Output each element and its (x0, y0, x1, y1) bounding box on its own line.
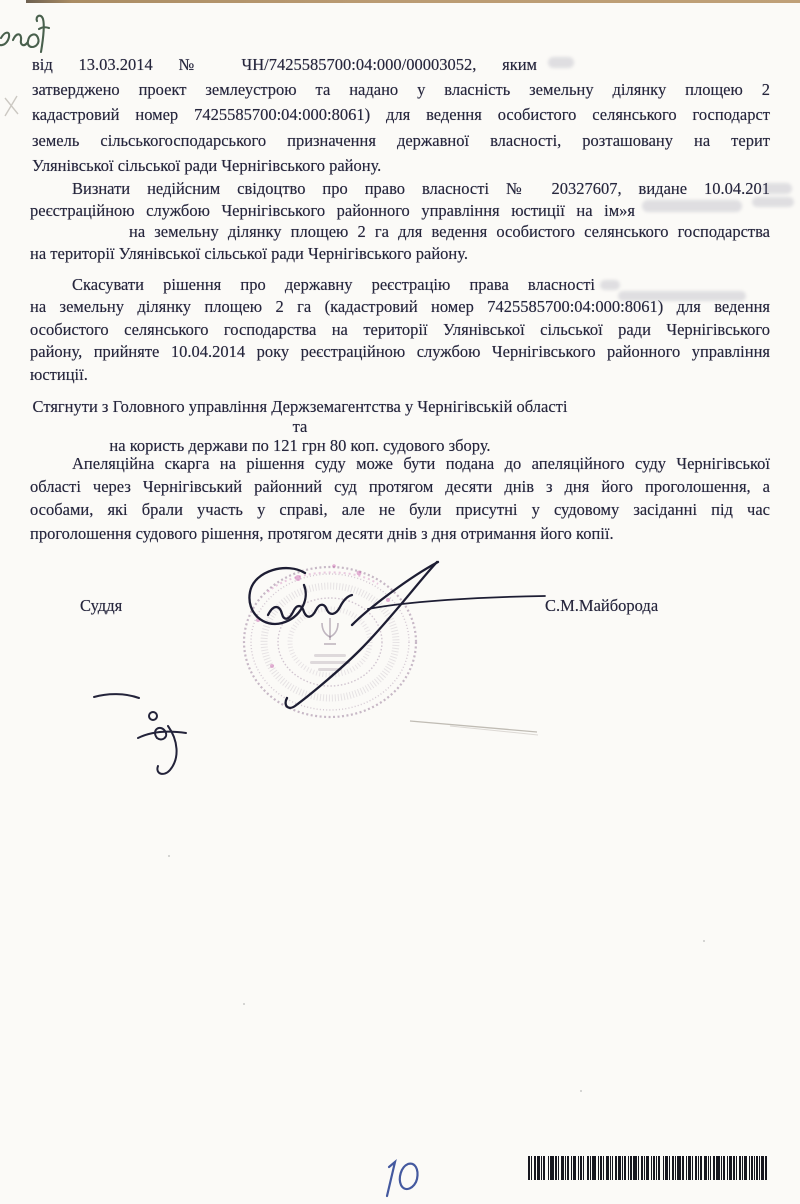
judge-signature-ink (230, 550, 560, 720)
barcode-bar (765, 1156, 767, 1180)
redaction-smudge (642, 200, 742, 212)
handwritten-annotation-top-left (0, 8, 54, 56)
handwritten-annotation-flourish (85, 688, 195, 783)
text-line: особами, які брали участь у справі, але … (30, 498, 770, 521)
redaction-smudge (752, 197, 794, 207)
scan-speck (703, 940, 705, 942)
text-line: кадастровий номер 7425585700:04:000:8061… (32, 102, 770, 127)
text-line: юстиції. (30, 364, 770, 386)
text-line: земель сільськогосподарського призначенн… (32, 128, 770, 153)
text-line: району, прийняте 10.04.2014 року реєстра… (30, 341, 770, 363)
text-line: на території Улянівської сільської ради … (30, 243, 770, 265)
judge-name: С.М.Майборода (545, 596, 658, 616)
barcode (528, 1156, 768, 1180)
redaction-smudge (618, 291, 746, 301)
pencil-line (405, 714, 550, 740)
text-line: від 13.03.2014 № ЧН/7425585700:04:000/00… (32, 52, 537, 77)
text-line: особистого селянського господарства на т… (30, 319, 770, 341)
redaction-smudge (762, 183, 792, 194)
text-line: Визнати недійсним свідоцтво про право вл… (30, 178, 770, 200)
page-number-value: 10 (380, 1198, 381, 1199)
text-line: проголошення судового рішення, протягом … (30, 522, 770, 545)
text-line: Улянівської сільської ради Чернігівськог… (32, 153, 770, 178)
text-line: області через Чернігівський районний суд… (30, 475, 770, 498)
text-line: реєстраційною службою Чернігівського рай… (30, 200, 635, 222)
paragraph-appeal-notice: Апеляційна скарга на рішення суду може б… (30, 452, 770, 545)
scanned-document-page: від 13.03.2014 № ЧН/7425585700:04:000/00… (0, 0, 800, 1204)
text-line: на земельну ділянку площею 2 га для веде… (30, 221, 770, 243)
text-line: Стягнути з Головного управління Держзема… (30, 397, 570, 436)
judge-label: Суддя (80, 596, 122, 616)
paragraph-order-reference: від 13.03.2014 № ЧН/7425585700:04:000/00… (32, 52, 770, 178)
handwritten-page-number (372, 1158, 424, 1203)
scan-speck (168, 855, 170, 857)
redaction-smudge (600, 280, 620, 290)
paragraph-court-fee: Стягнути з Головного управління Держзема… (30, 397, 570, 456)
pencil-mark-left-margin (2, 92, 22, 120)
text-line: Апеляційна скарга на рішення суду може б… (30, 452, 770, 475)
paragraph-invalidate-certificate: Визнати недійсним свідоцтво про право вл… (30, 178, 770, 264)
scan-speck (580, 1090, 582, 1092)
redaction-smudge (548, 57, 574, 68)
scan-speck (243, 1003, 245, 1005)
scan-edge-artifact (26, 0, 800, 3)
text-line: Скасувати рішення про державну реєстраці… (30, 274, 595, 296)
text-line: затверджено проект землеустрою та надано… (32, 77, 770, 102)
